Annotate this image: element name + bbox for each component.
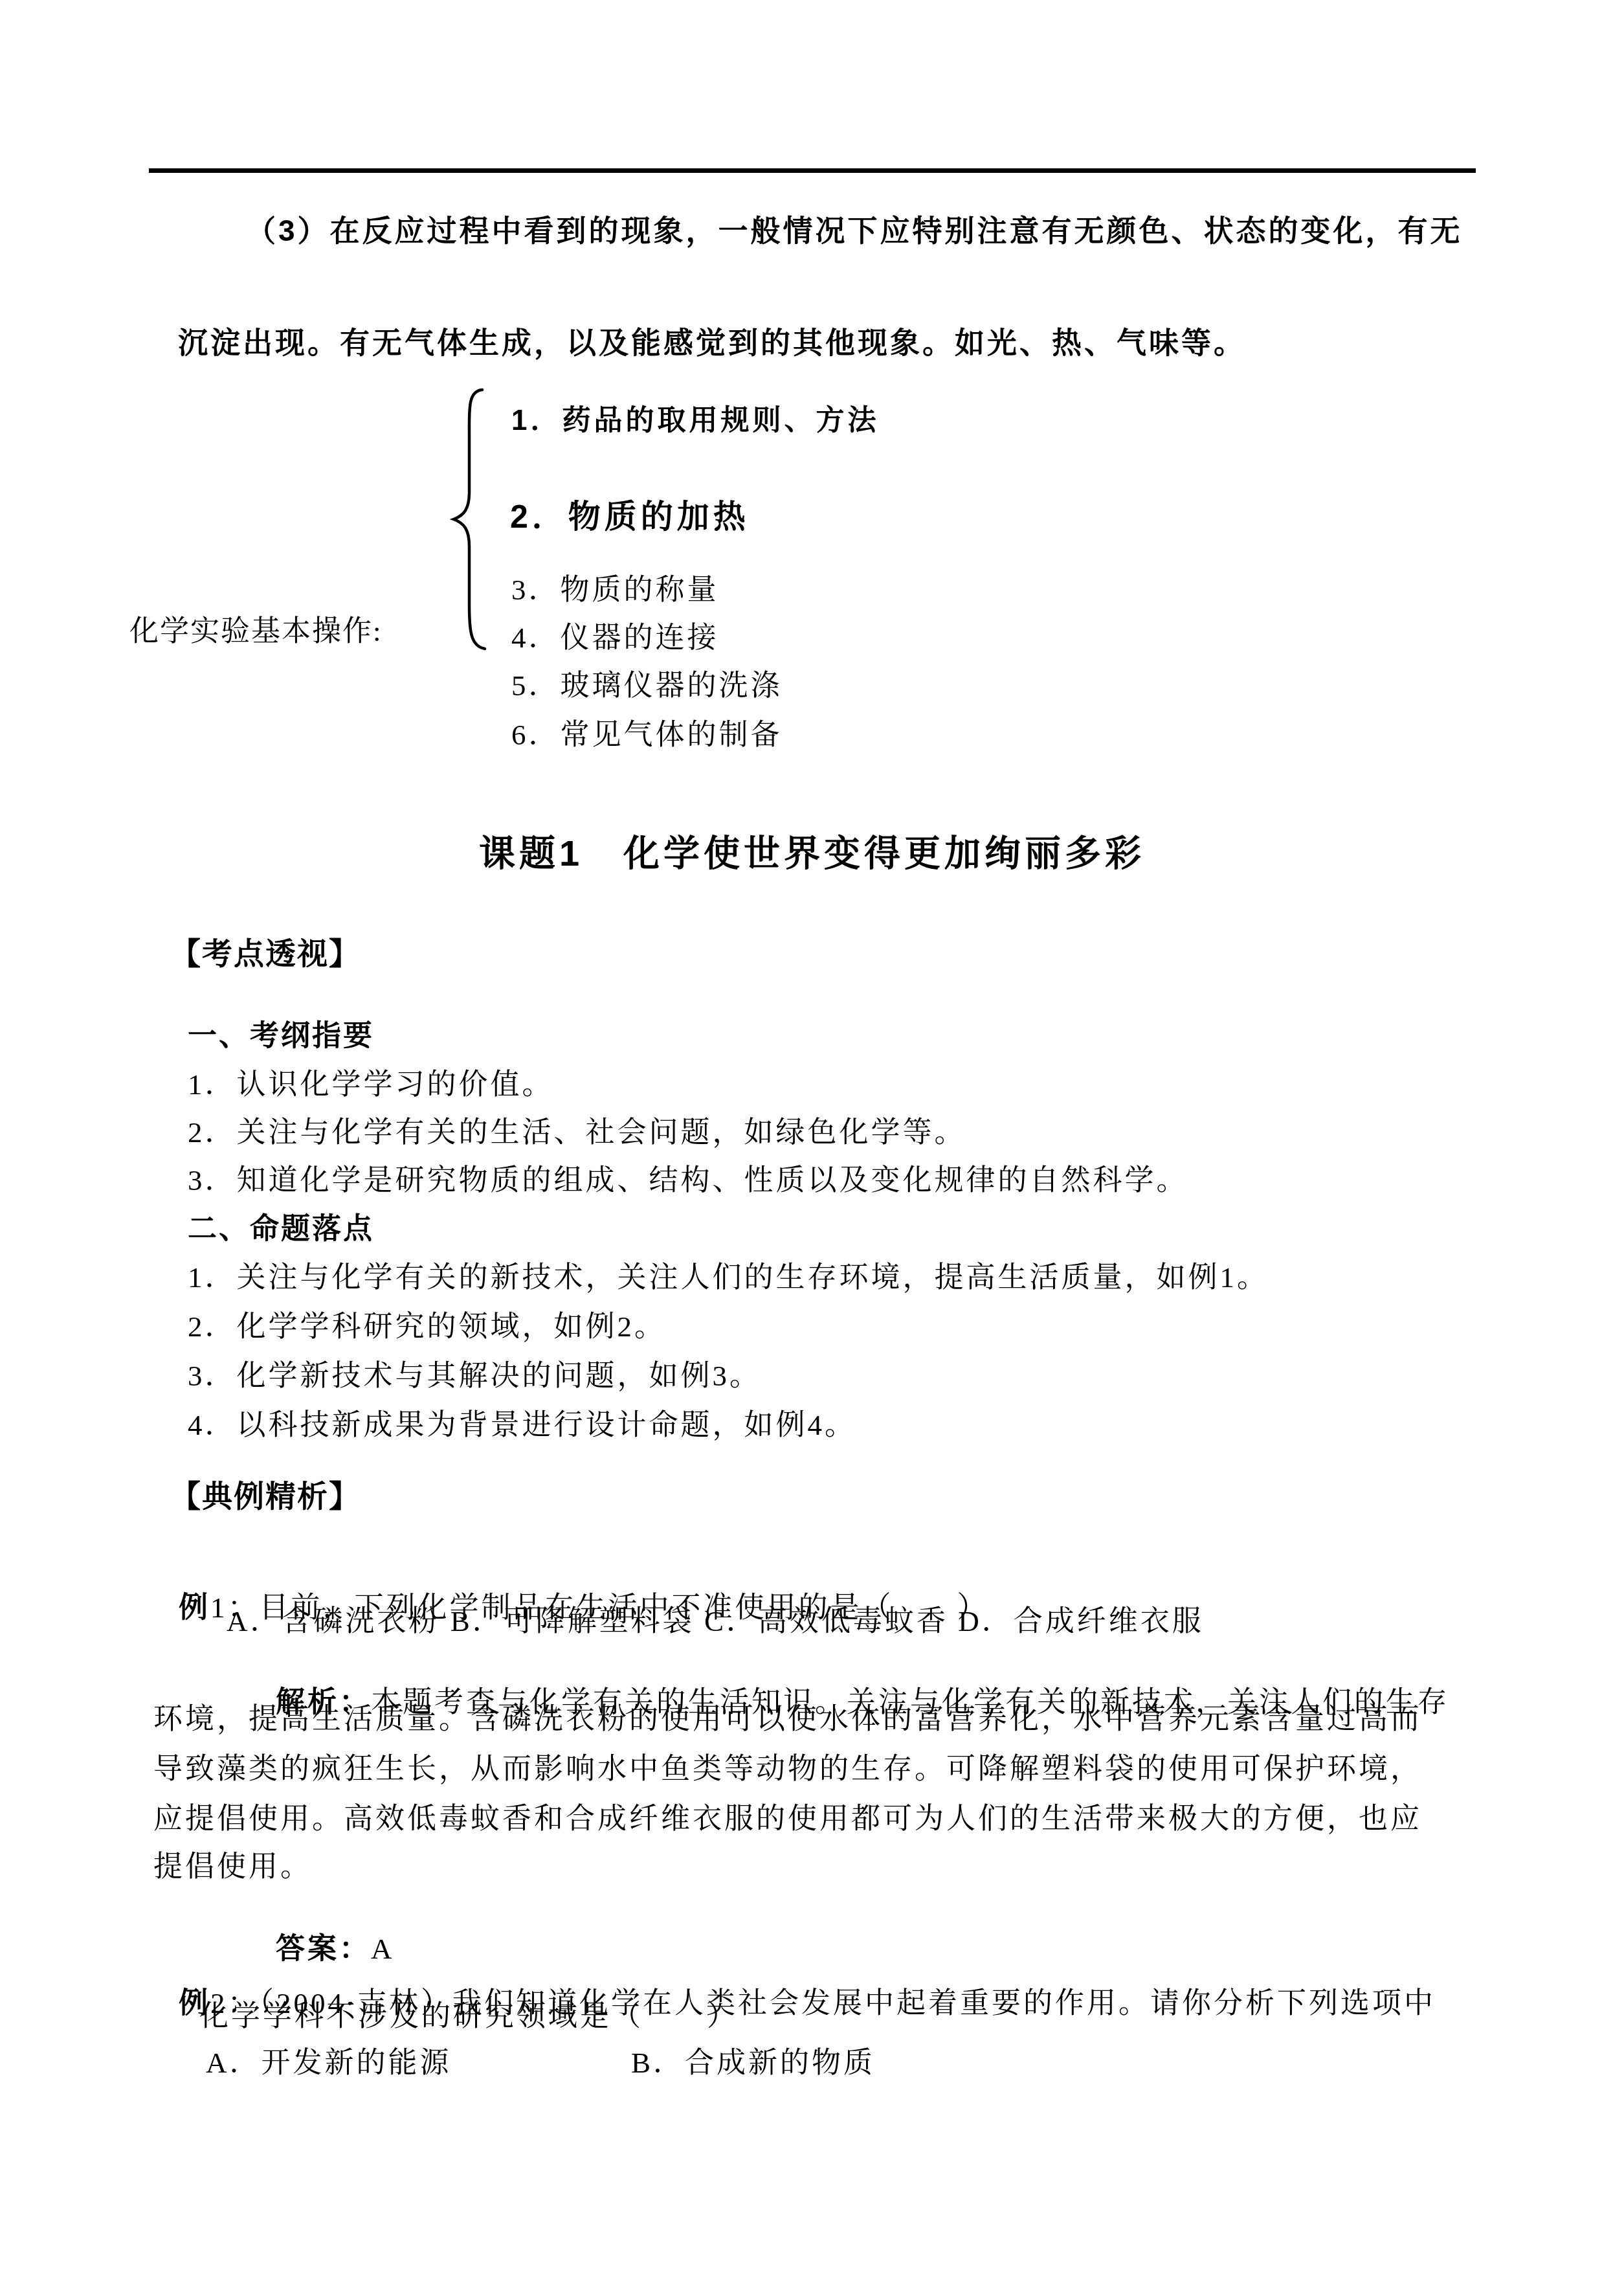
operations-item-4: 4．仪器的连接 (511, 622, 719, 655)
outline-2-item-4: 4．以科技新成果为背景进行设计命题，如例4。 (188, 1409, 856, 1443)
outline-1-item-3: 3．知道化学是研究物质的组成、结构、性质以及变化规律的自然科学。 (188, 1164, 1188, 1198)
example1-analysis-wrap-4: 提倡使用。 (153, 1850, 312, 1884)
outline-heading-2: 二、命题落点 (188, 1212, 374, 1246)
outline-2-item-1: 1．关注与化学有关的新技术，关注人们的生存环境，提高生活质量，如例1。 (188, 1261, 1269, 1295)
example1-analysis-wrap-2: 导致藻类的疯狂生长，从而影响水中鱼类等动物的生存。可降解塑料袋的使用可保护环境， (153, 1753, 1422, 1786)
example2-question-line-2: 化学学科不涉及的研究领域是（ ） (199, 2000, 739, 2034)
example1-options-line: A．含磷洗衣粉 B．可降解塑料袋 C．高效低毒蚊香 D．合成纤维衣服 (227, 1605, 1204, 1639)
outline-heading-1: 一、考纲指要 (188, 1019, 374, 1053)
header-rule (149, 168, 1476, 173)
section-header-dianli: 【典例精析】 (170, 1479, 361, 1514)
left-brace-icon (449, 387, 487, 651)
page-title: 课题1 化学使世界变得更加绚丽多彩 (0, 833, 1624, 874)
operations-diagram-label: 化学实验基本操作: (129, 615, 383, 649)
intro-paragraph-line-1: （3）在反应过程中看到的现象，一般情况下应特别注意有无颜色、状态的变化，有无 (246, 214, 1463, 248)
outline-1-item-2: 2．关注与化学有关的生活、社会问题，如绿色化学等。 (188, 1116, 966, 1150)
operations-item-6: 6．常见气体的制备 (511, 719, 783, 752)
outline-1-item-1: 1．认识化学学习的价值。 (188, 1068, 554, 1102)
example1-analysis-wrap-1: 环境，提高生活质量。含磷洗衣粉的使用可以使水体的富营养化，水中营养元素含量过高而 (153, 1703, 1422, 1736)
example1-label: 例 (179, 1591, 210, 1624)
operations-item-5: 5．玻璃仪器的洗涤 (511, 669, 783, 703)
example1-analysis-wrap-3: 应提倡使用。高效低毒蚊香和合成纤维衣服的使用都可为人们的生活带来极大的方便，也应 (153, 1803, 1422, 1836)
operations-item-2: 2．物质的加热 (510, 499, 750, 536)
intro-paragraph-line-2: 沉淀出现。有无气体生成，以及能感觉到的其他现象。如光、热、气味等。 (178, 326, 1246, 360)
section-header-kaodian: 【考点透视】 (170, 936, 361, 971)
example2-option-b: B．合成新的物质 (631, 2047, 875, 2080)
outline-2-item-2: 2．化学学科研究的领域，如例2。 (188, 1310, 666, 1344)
outline-2-item-3: 3．化学新技术与其解决的问题，如例3。 (188, 1360, 761, 1393)
document-page: （3）在反应过程中看到的现象，一般情况下应特别注意有无颜色、状态的变化，有无 沉… (0, 0, 1624, 2292)
example2-option-a: A．开发新的能源 (206, 2047, 452, 2080)
operations-item-3: 3．物质的称量 (511, 574, 719, 607)
operations-item-1: 1．药品的取用规则、方法 (511, 405, 879, 438)
